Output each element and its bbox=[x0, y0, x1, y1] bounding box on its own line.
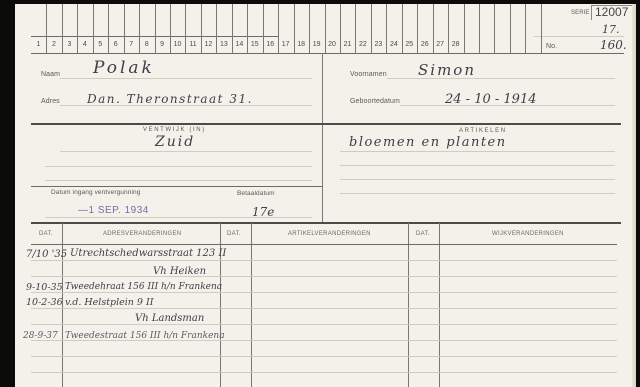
grid-divider bbox=[525, 4, 526, 53]
number-value: 160. bbox=[600, 38, 627, 52]
grid-divider bbox=[494, 4, 495, 53]
number-label: No. bbox=[546, 43, 557, 50]
table-row-rule bbox=[31, 260, 617, 261]
table-row-rule bbox=[31, 308, 617, 309]
serie-value: 12007 bbox=[595, 5, 628, 19]
artikelen-label: ARTIKELEN bbox=[459, 128, 507, 134]
grid-column-number: 23 bbox=[371, 41, 386, 48]
address-change-address: Vh Heiken bbox=[153, 266, 206, 277]
grid-divider bbox=[479, 4, 480, 53]
artikelen-value: bloemen en planten bbox=[349, 135, 507, 150]
grid-column-number: 19 bbox=[309, 41, 324, 48]
grid-column-number: 17 bbox=[278, 41, 293, 48]
serie-label: SERIE bbox=[571, 10, 590, 16]
adres-value: Dan. Theronstraat 31. bbox=[87, 92, 253, 106]
grid-column-number: 24 bbox=[386, 41, 401, 48]
artikelen-rule-4 bbox=[340, 193, 615, 194]
datum-rule bbox=[45, 217, 312, 218]
artikelen-rule-1 bbox=[340, 151, 615, 152]
grid-column-number: 13 bbox=[216, 41, 231, 48]
grid-divider bbox=[541, 4, 542, 53]
grid-column-number: 25 bbox=[402, 41, 417, 48]
naam-value: Polak bbox=[93, 58, 155, 78]
table-col-divider-5 bbox=[439, 223, 440, 387]
ventwijk-rule-1 bbox=[60, 151, 312, 152]
header-artikelveranderingen: ARTIKELVERANDERINGEN bbox=[288, 231, 371, 237]
ventwijk-rule-2 bbox=[45, 166, 312, 167]
grid-column-number: 7 bbox=[124, 41, 139, 48]
permit-index-card: 1234567891011121314151617181920212223242… bbox=[15, 4, 636, 387]
sub-number-value: 17. bbox=[602, 23, 620, 36]
table-row-rule bbox=[31, 324, 617, 325]
grid-column-number: 18 bbox=[294, 41, 309, 48]
grid-column-number: 21 bbox=[340, 41, 355, 48]
table-row-rule bbox=[31, 372, 617, 373]
artikelen-rule-3 bbox=[340, 179, 615, 180]
ventwijk-value: Zuid bbox=[155, 134, 195, 150]
address-change-address: v.d. Helstplein 9 II bbox=[65, 297, 154, 308]
grid-column-number: 22 bbox=[355, 41, 370, 48]
grid-column-number: 20 bbox=[325, 41, 340, 48]
ventwijk-rule-3 bbox=[45, 180, 312, 181]
grid-column-number: 15 bbox=[247, 41, 262, 48]
grid-column-number: 6 bbox=[108, 41, 123, 48]
table-row-rule bbox=[31, 292, 617, 293]
voornamen-label: Voornamen bbox=[350, 71, 387, 78]
grid-column-number: 3 bbox=[62, 41, 77, 48]
number-rule-1 bbox=[534, 36, 624, 37]
table-row-rule bbox=[31, 356, 617, 357]
header-dat-3: DAT. bbox=[416, 231, 430, 237]
address-change-address: Tweedehraat 156 III h/n Frankena bbox=[65, 282, 222, 292]
grid-column-number: 9 bbox=[155, 41, 170, 48]
artikelen-rule-2 bbox=[340, 165, 615, 166]
grid-column-number: 12 bbox=[201, 41, 216, 48]
address-change-address: Utrechtschedwarsstraat 123 II bbox=[70, 248, 226, 259]
address-change-date: 28-9-37 bbox=[23, 331, 58, 341]
table-col-divider-4 bbox=[408, 223, 409, 387]
grid-column-number: 2 bbox=[46, 41, 61, 48]
grid-column-number: 5 bbox=[93, 41, 108, 48]
table-row-rule bbox=[31, 276, 617, 277]
betaaldatum-label: Betaaldatum bbox=[237, 190, 275, 197]
address-change-address: Tweedestraat 156 III h/n Frankena bbox=[65, 331, 225, 341]
grid-column-number: 4 bbox=[77, 41, 92, 48]
datum-ingang-label: Datum ingang ventvergunning bbox=[51, 189, 140, 196]
table-col-divider-3 bbox=[251, 223, 252, 387]
grid-column-number: 27 bbox=[433, 41, 448, 48]
header-wijkveranderingen: WIJKVERANDERINGEN bbox=[492, 231, 564, 237]
datum-ingang-stamp: —1 SEP. 1934 bbox=[78, 205, 149, 216]
geboortedatum-label: Geboortedatum bbox=[350, 98, 400, 105]
grid-column-number: 8 bbox=[139, 41, 154, 48]
section-rule-1 bbox=[31, 123, 621, 125]
grid-column-number: 14 bbox=[232, 41, 247, 48]
ventwijk-bottom-rule bbox=[31, 186, 322, 187]
header-dat-2: DAT. bbox=[227, 231, 241, 237]
naam-label: Naam bbox=[41, 71, 60, 78]
grid-column-number: 10 bbox=[170, 41, 185, 48]
address-change-address: Vh Landsman bbox=[135, 313, 204, 324]
grid-column-number: 11 bbox=[186, 41, 201, 48]
table-header-rule bbox=[31, 244, 617, 245]
ventwijk-label: VENTWIJK (IN) bbox=[143, 127, 206, 133]
section-rule-2 bbox=[31, 222, 621, 224]
section-divider bbox=[322, 53, 323, 223]
geboortedatum-value: 24 - 10 - 1914 bbox=[445, 92, 536, 107]
grid-column-number: 26 bbox=[417, 41, 432, 48]
grid-divider bbox=[510, 4, 511, 53]
header-adresveranderingen: ADRESVERANDERINGEN bbox=[103, 231, 181, 237]
adres-label: Adres bbox=[41, 98, 60, 105]
grid-column-number: 16 bbox=[263, 41, 278, 48]
address-change-date: 7/10 '35 bbox=[26, 249, 67, 260]
grid-column-number: 28 bbox=[448, 41, 463, 48]
grid-divider bbox=[464, 4, 465, 53]
address-change-date: 10-2-36 bbox=[26, 297, 63, 308]
naam-rule bbox=[60, 78, 312, 79]
grid-bottom-rule bbox=[31, 53, 536, 54]
voornamen-value: Simon bbox=[418, 61, 476, 79]
address-change-date: 9-10-35 bbox=[26, 282, 63, 293]
number-rule-2 bbox=[534, 53, 624, 54]
grid-column-number: 1 bbox=[31, 41, 46, 48]
header-dat-1: DAT. bbox=[39, 231, 53, 237]
